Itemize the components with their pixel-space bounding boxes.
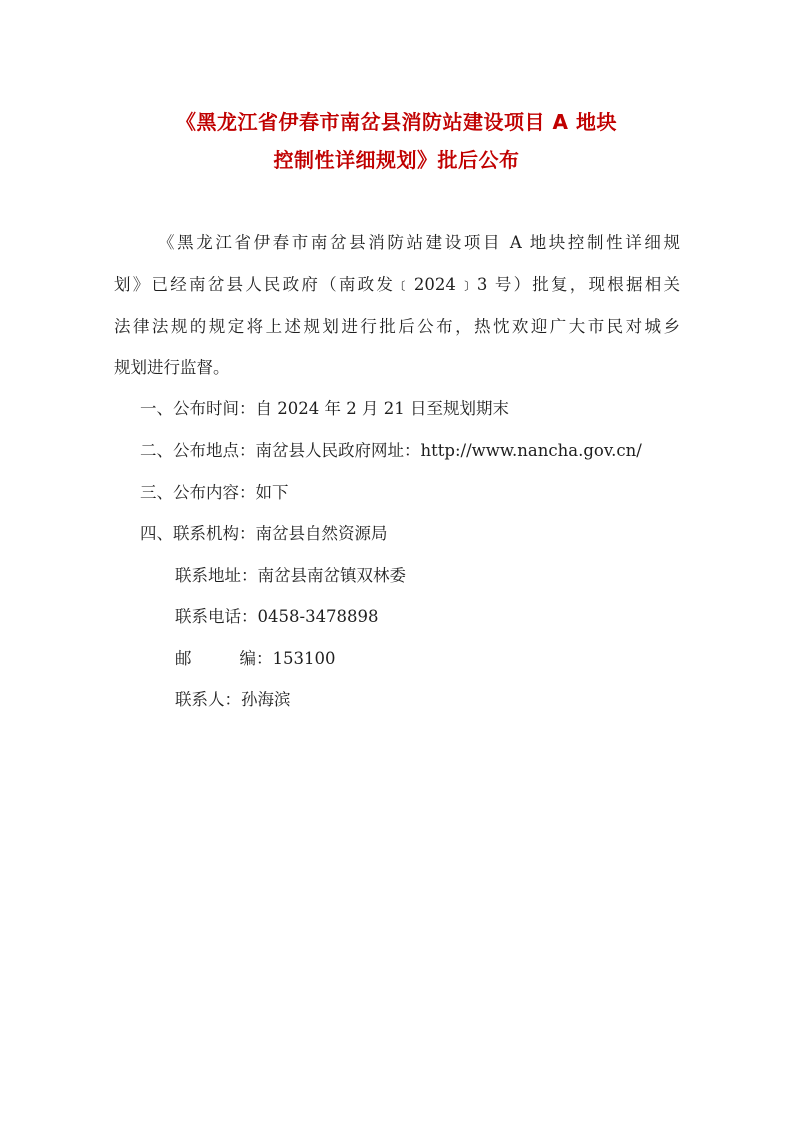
contact-person: 联系人：孙海滨 bbox=[175, 689, 291, 711]
intro-paragraph-line: 法律法规的规定将上述规划进行批后公布，热忱欢迎广大市民对城乡 bbox=[114, 316, 680, 338]
item-value: 南岔县人民政府网址：http://www.nancha.gov.cn/ bbox=[256, 441, 642, 460]
item-value: 自 2024 年 2 月 21 日至规划期末 bbox=[256, 399, 509, 418]
intro-paragraph-line: 划》已经南岔县人民政府（南政发﹝2024﹞3 号）批复，现根据相关 bbox=[114, 274, 680, 296]
item-value: 如下 bbox=[256, 483, 289, 502]
item-publish-content: 三、公布内容：如下 bbox=[140, 482, 289, 504]
contact-phone-label: 联系电话： bbox=[175, 606, 258, 628]
contact-person-value: 孙海滨 bbox=[241, 690, 291, 709]
item-value: 南岔县自然资源局 bbox=[256, 524, 388, 543]
intro-paragraph-line: 规划进行监督。 bbox=[114, 357, 680, 379]
contact-address: 联系地址：南岔县南岔镇双林委 bbox=[175, 565, 406, 587]
item-contact-organization: 四、联系机构：南岔县自然资源局 bbox=[140, 523, 388, 545]
item-label: 四、联系机构： bbox=[140, 523, 256, 545]
contact-postcode-value: 153100 bbox=[273, 649, 336, 668]
contact-postcode: 邮编：153100 bbox=[175, 648, 336, 670]
item-label: 二、公布地点： bbox=[140, 440, 256, 462]
document-title-line-1: 《黑龙江省伊春市南岔县消防站建设项目 A 地块 bbox=[0, 110, 793, 134]
contact-phone: 联系电话：0458-3478898 bbox=[175, 606, 379, 628]
item-publish-time: 一、公布时间：自 2024 年 2 月 21 日至规划期末 bbox=[140, 398, 509, 420]
contact-person-label: 联系人： bbox=[175, 689, 241, 711]
item-label: 三、公布内容： bbox=[140, 482, 256, 504]
contact-address-label: 联系地址： bbox=[175, 565, 258, 587]
contact-phone-value: 0458-3478898 bbox=[258, 607, 379, 626]
item-publish-location: 二、公布地点：南岔县人民政府网址：http://www.nancha.gov.c… bbox=[140, 440, 642, 462]
contact-address-value: 南岔县南岔镇双林委 bbox=[258, 566, 407, 585]
contact-postcode-label-a: 邮 bbox=[175, 648, 192, 670]
contact-postcode-label-b: 编： bbox=[240, 648, 273, 670]
item-label: 一、公布时间： bbox=[140, 398, 256, 420]
intro-paragraph-line: 《黑龙江省伊春市南岔县消防站建设项目 A 地块控制性详细规 bbox=[158, 232, 680, 254]
document-title-line-2: 控制性详细规划》批后公布 bbox=[0, 148, 793, 172]
